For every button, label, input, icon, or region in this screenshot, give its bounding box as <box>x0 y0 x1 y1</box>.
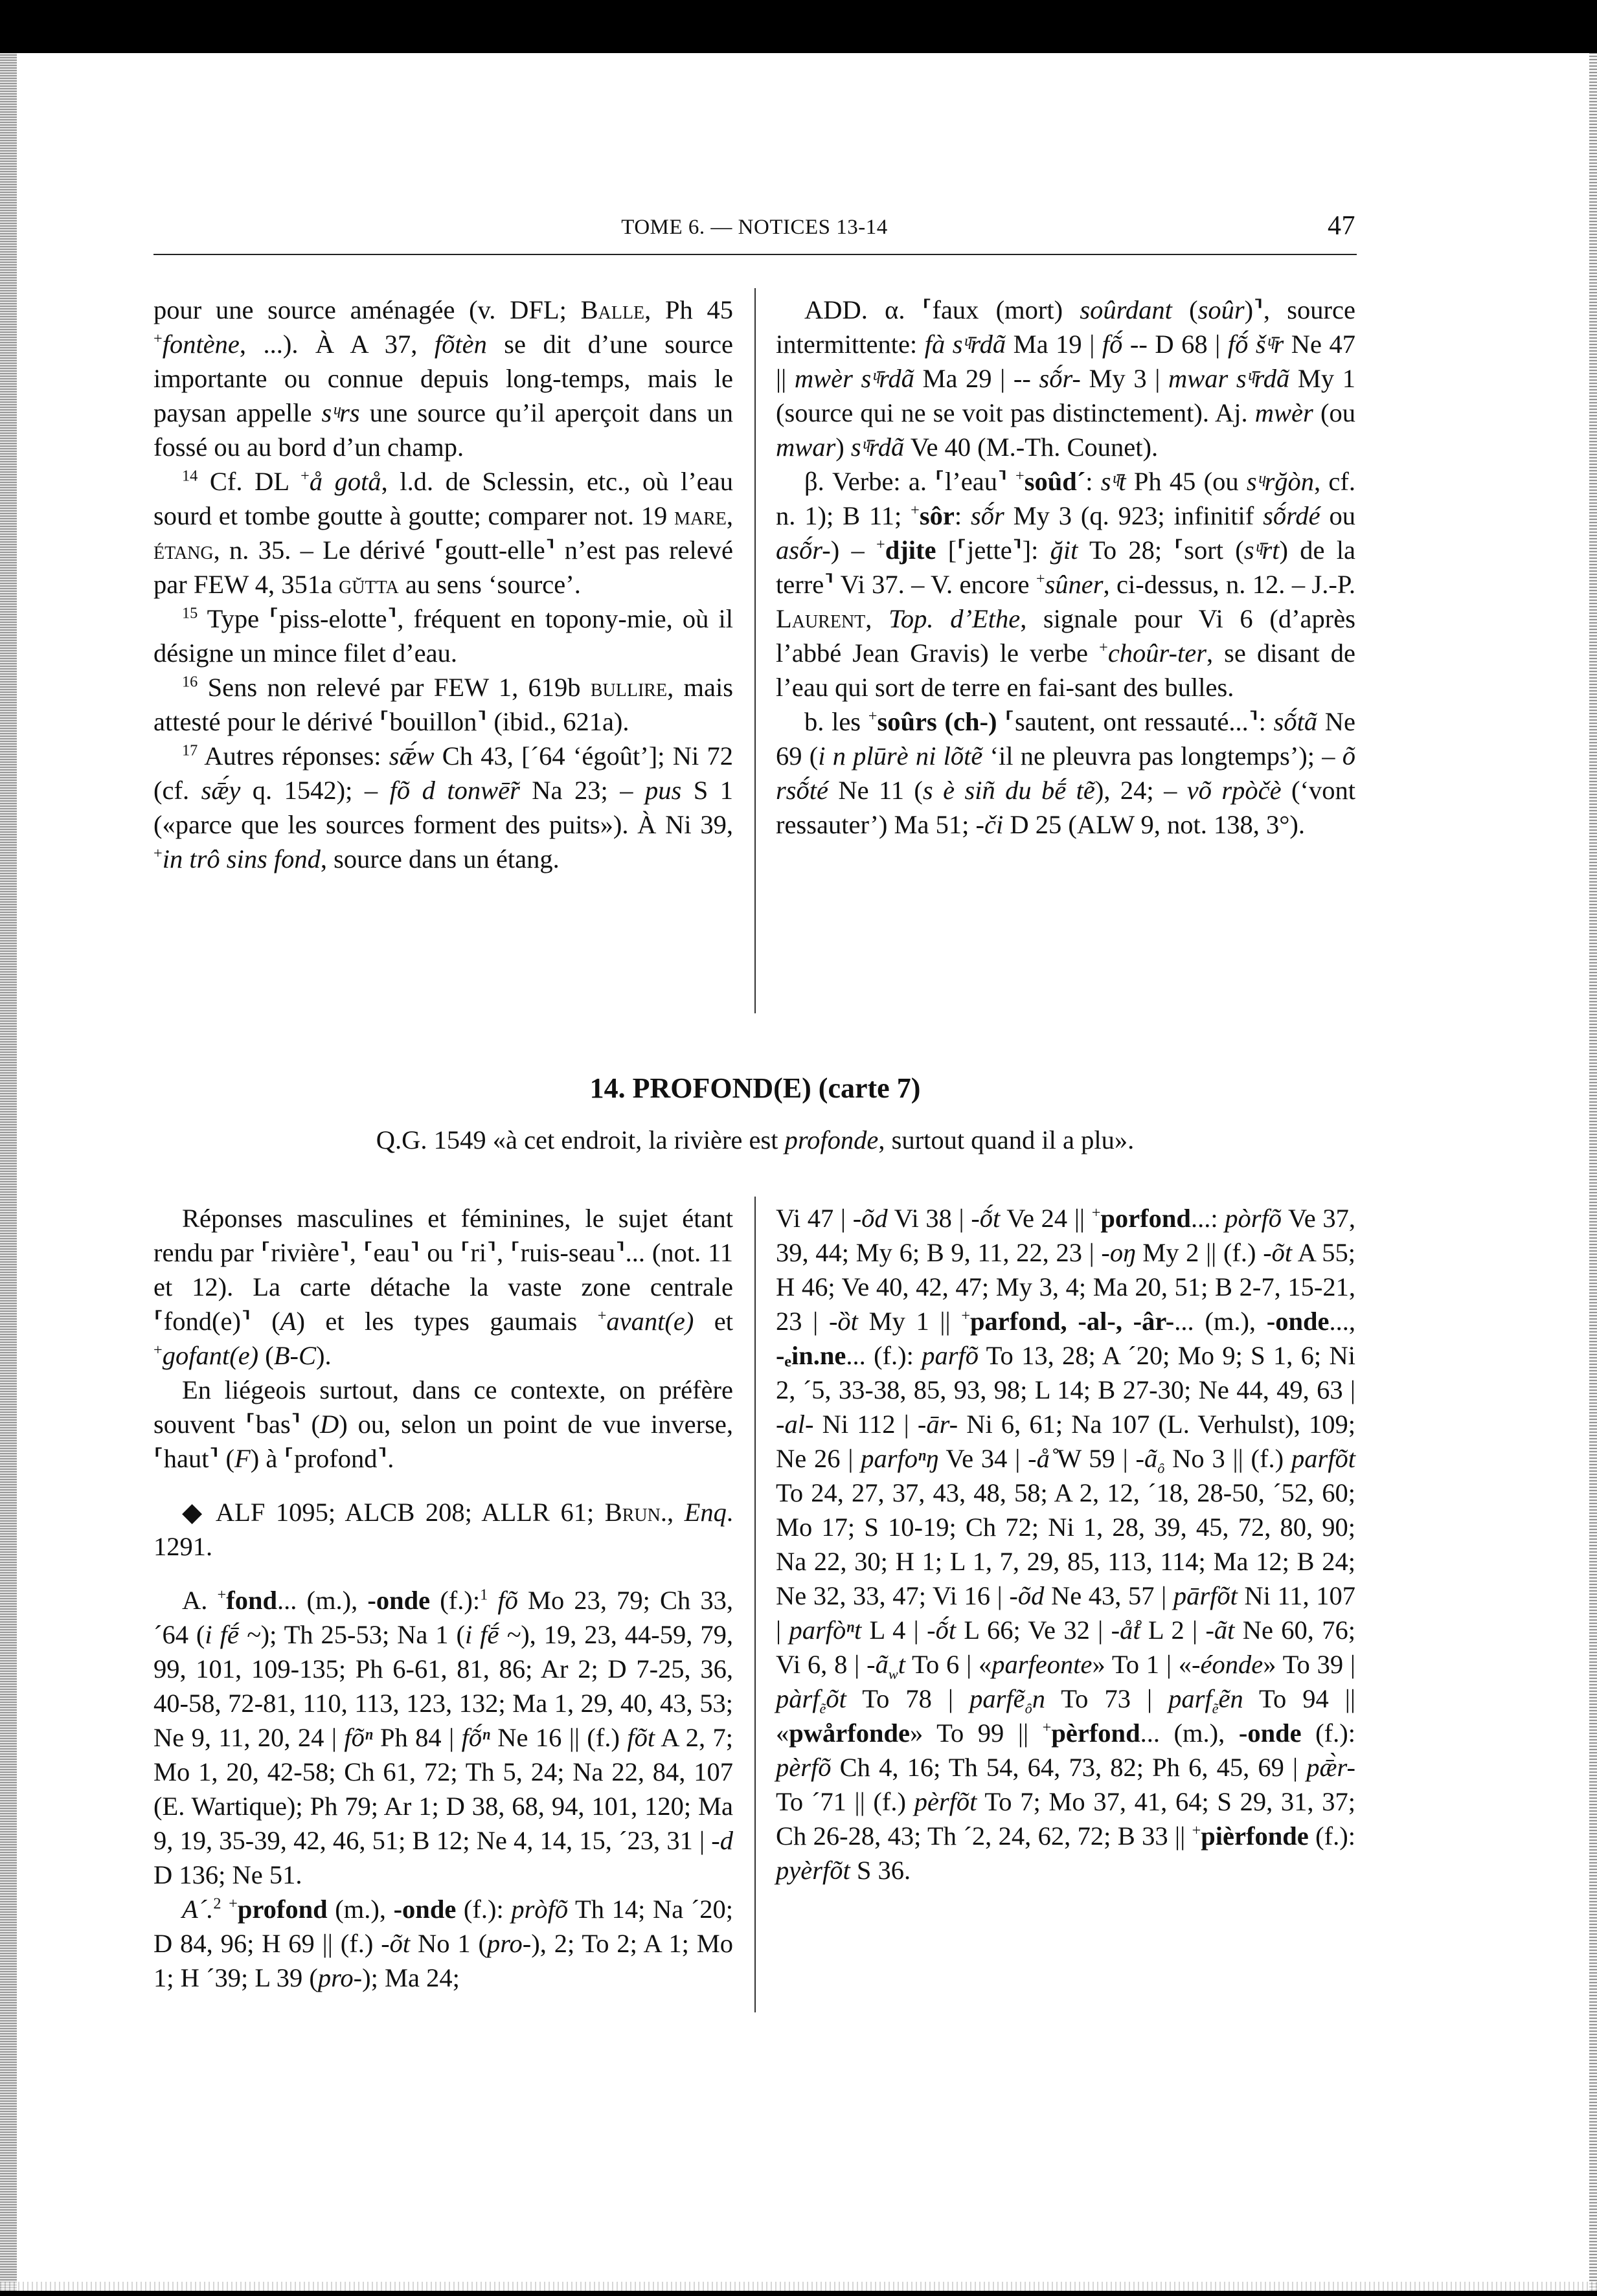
paragraph-references: ◆ ALF 1095; ALCB 208; ALLR 61; Brun., En… <box>153 1495 733 1564</box>
scan-left-edge <box>0 53 17 2291</box>
paragraph-intro-1: Réponses masculines et féminines, le suj… <box>153 1201 733 1373</box>
paragraph-b-sours: b. les +soûrs (ch-) ⸢sautent, ont ressau… <box>776 704 1355 842</box>
diamond-icon: ◆ <box>182 1498 207 1527</box>
paragraph-beta-verbe: β. Verbe: a. ⸢l’eau⸣ +soûd´: sᶣ̄t Ph 45 … <box>776 464 1355 704</box>
footnote-17: 17 Autres réponses: sǣ́w Ch 43, [´64 ‘ég… <box>153 739 733 876</box>
footnote-14: 14 Cf. DL +å gotå, l.d. de Sclessin, etc… <box>153 464 733 602</box>
column-divider-lower <box>754 1197 756 2012</box>
footnote-15: 15 Type ⸢piss-elotte⸣, fréquent en topon… <box>153 602 733 670</box>
paragraph-type-a-prime: A´.2 +profond (m.), -onde (f.): pròfõ Th… <box>153 1892 733 1995</box>
lower-right-column: Vi 47 | -õd Vi 38 | -ṍt Ve 24 || +porfon… <box>776 1201 1355 1887</box>
scan-right-edge <box>1589 53 1597 2291</box>
section-title: 14. PROFOND(E) (carte 7) <box>153 1072 1357 1105</box>
header-rule <box>153 254 1357 255</box>
running-head: TOME 6. — NOTICES 13-14 47 <box>153 210 1355 243</box>
upper-left-column: pour une source aménagée (v. DFL; Balle,… <box>153 293 733 876</box>
page-number: 47 <box>1328 210 1355 242</box>
column-divider-upper <box>754 288 756 1013</box>
section-question: Q.G. 1549 «à cet endroit, la rivière est… <box>153 1125 1357 1155</box>
scan-bottom-border <box>0 2291 1597 2296</box>
lower-left-column: Réponses masculines et féminines, le suj… <box>153 1201 733 1995</box>
paragraph-type-a: A. +fond... (m.), -onde (f.):1 fõ Mo 23,… <box>153 1583 733 1892</box>
scan-top-border <box>0 0 1597 53</box>
paragraph-type-a-prime-continued: Vi 47 | -õd Vi 38 | -ṍt Ve 24 || +porfon… <box>776 1201 1355 1887</box>
paragraph-intro-2: En liégeois surtout, dans ce contexte, o… <box>153 1373 733 1476</box>
paragraph-source-amenagee: pour une source aménagée (v. DFL; Balle,… <box>153 293 733 464</box>
upper-right-column: ADD. α. ⸢faux (mort) soûrdant (soûr)⸣, s… <box>776 293 1355 842</box>
running-title: TOME 6. — NOTICES 13-14 <box>153 216 1355 240</box>
scan-bottom-edge <box>0 2282 1597 2291</box>
footnote-16: 16 Sens non relevé par FEW 1, 619b bulli… <box>153 670 733 739</box>
paragraph-add-alpha: ADD. α. ⸢faux (mort) soûrdant (soûr)⸣, s… <box>776 293 1355 464</box>
